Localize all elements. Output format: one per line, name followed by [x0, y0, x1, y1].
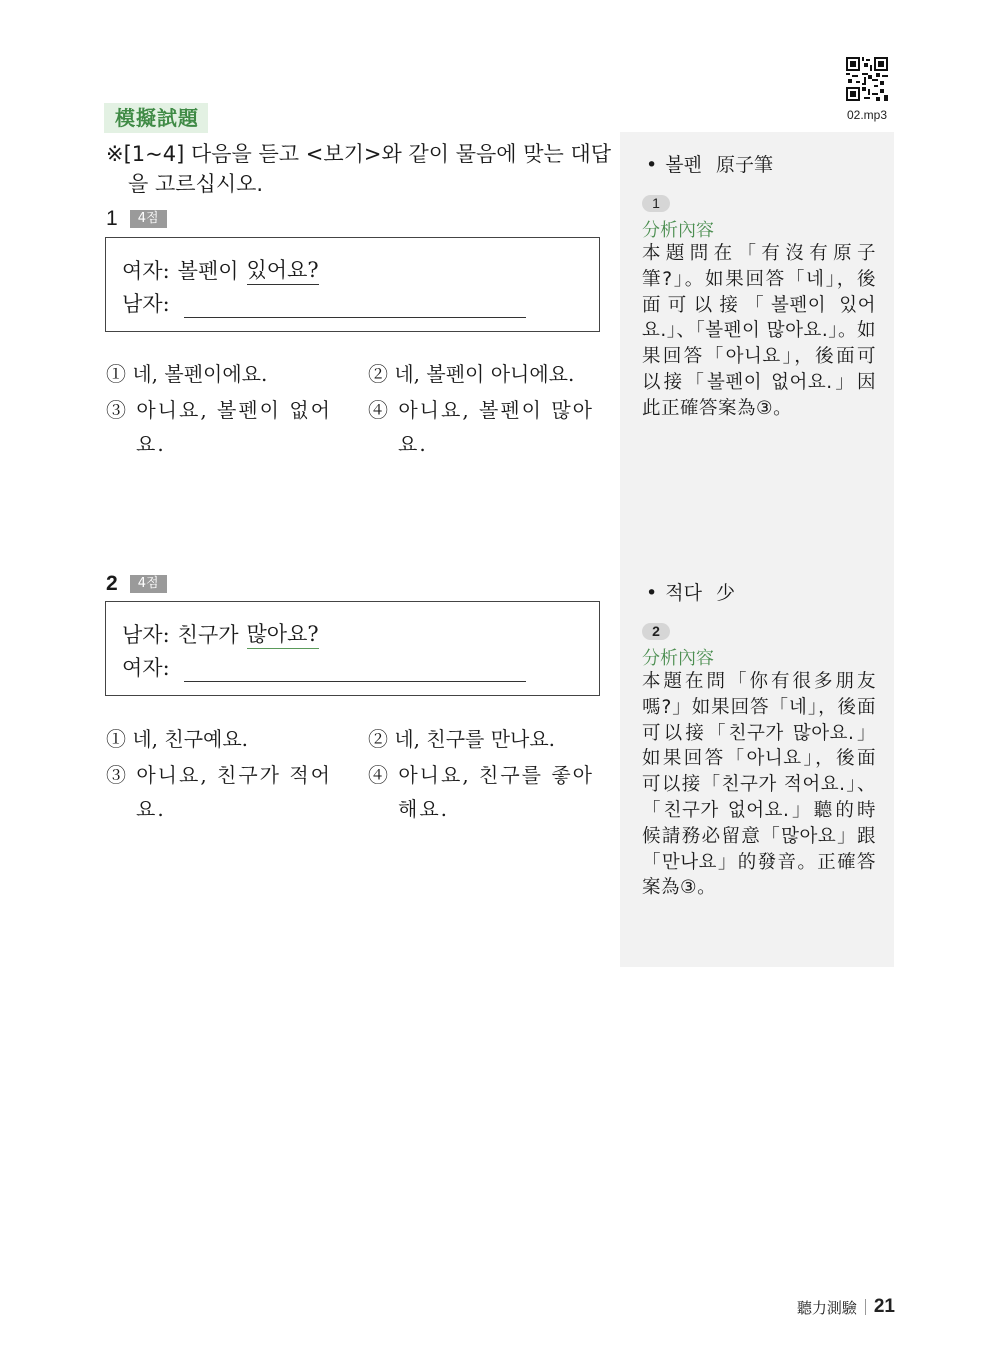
instruction-text: ※[1~4] 다음을 듣고 <보기>와 같이 물음에 맞는 대답을 고르십시오. [106, 139, 616, 199]
question-2-dialog-box: 남자: 친구가 많아요? 여자: [105, 601, 600, 696]
bullet-icon: • [646, 582, 657, 604]
dialog-text: 친구가 [178, 619, 239, 649]
page-number: 21 [874, 1296, 895, 1318]
question-1-dialog-box: 여자: 볼펜이 있어요? 남자: [105, 237, 600, 332]
option-2[interactable]: ② 네, 친구를 만나요. [368, 722, 608, 756]
bullet-icon: • [646, 154, 657, 176]
answer-blank[interactable] [184, 664, 526, 682]
question-badge: 1 [642, 195, 670, 212]
analysis-title: 分析內容 [642, 216, 714, 242]
footer-divider [865, 1299, 866, 1315]
underlined-keyword: 많아요? [247, 618, 319, 649]
audio-file-label: 02.mp3 [838, 108, 896, 122]
vocab-item: •볼펜原子筆 [646, 150, 773, 177]
speaker-label: 여자: [122, 255, 170, 285]
option-1[interactable]: ① 네, 볼펜이에요. [106, 357, 346, 391]
section-name: 聽力測驗 [797, 1297, 857, 1318]
option-1[interactable]: ① 네, 친구예요. [106, 722, 346, 756]
analysis-text: 本題問在「有沒有原子筆?」。如果回答「네」，後面可以接「볼펜이 있어요.」、「볼… [642, 241, 876, 422]
dialog-text: 볼펜이 [178, 255, 239, 285]
underlined-keyword: 있어요? [247, 254, 319, 285]
vocab-meaning: 少 [716, 582, 735, 604]
analysis-text: 本題在問「你有很多朋友嗎?」如果回答「네」，後面可以接「친구가 많아요.」如果回… [642, 669, 876, 901]
dialog-line-2: 여자: [122, 652, 526, 682]
question-number: 2 [106, 572, 118, 596]
option-2[interactable]: ② 네, 볼펜이 아니에요. [368, 357, 608, 391]
question-1-header: 1 4점 [106, 207, 167, 231]
dialog-line-2: 남자: [122, 288, 526, 318]
dialog-line-1: 남자: 친구가 많아요? [122, 618, 319, 649]
vocab-item: •적다少 [646, 578, 735, 605]
dialog-line-1: 여자: 볼펜이 있어요? [122, 254, 319, 285]
qr-code-icon[interactable] [846, 57, 888, 101]
question-number: 1 [106, 207, 118, 231]
analysis-title: 分析內容 [642, 644, 714, 670]
vocab-meaning: 原子筆 [716, 154, 773, 176]
option-3[interactable]: ③ 아니요, 볼펜이 없어요. [106, 393, 346, 461]
question-badge: 2 [642, 623, 670, 640]
answer-blank[interactable] [184, 300, 526, 318]
option-4[interactable]: ④ 아니요, 친구를 좋아해요. [368, 758, 608, 826]
page-footer: 聽力測驗 21 [780, 1296, 895, 1318]
option-4[interactable]: ④ 아니요, 볼펜이 많아요. [368, 393, 608, 461]
speaker-label: 여자: [122, 652, 170, 682]
question-2-header: 2 4점 [106, 572, 167, 596]
points-badge: 4점 [130, 210, 167, 228]
option-3[interactable]: ③ 아니요, 친구가 적어요. [106, 758, 346, 826]
points-badge: 4점 [130, 575, 167, 593]
speaker-label: 남자: [122, 619, 170, 649]
section-title-tag: 模擬試題 [104, 103, 208, 133]
explanation-panel: •볼펜原子筆 1 分析內容 本題問在「有沒有原子筆?」。如果回答「네」，後面可以… [620, 132, 894, 967]
speaker-label: 남자: [122, 288, 170, 318]
vocab-korean: 적다 [665, 582, 702, 604]
vocab-korean: 볼펜 [665, 154, 702, 176]
